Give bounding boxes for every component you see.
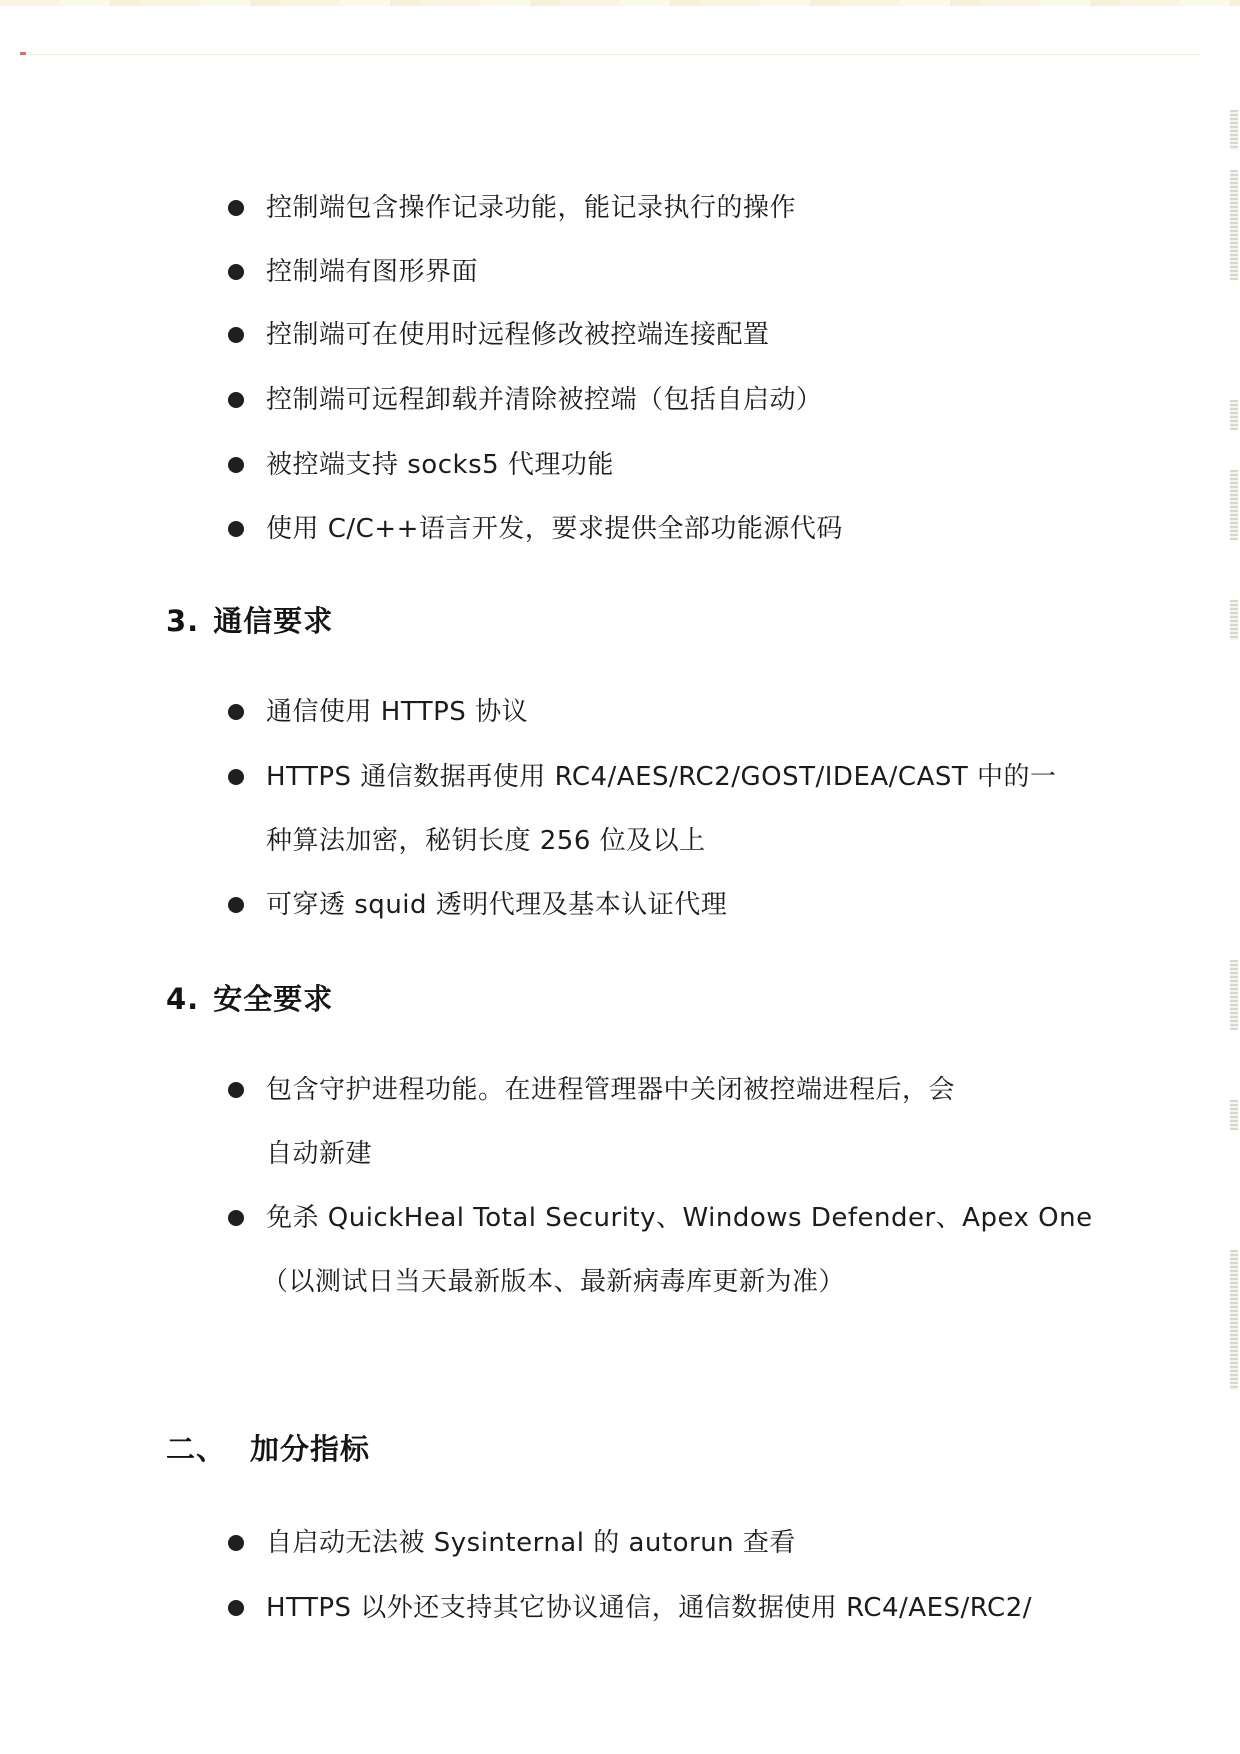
bullet-icon: [228, 264, 244, 280]
list-item-continuation: 自动新建: [266, 1139, 372, 1169]
list-item-text: 免杀 QuickHeal Total Security、Windows Defe…: [266, 1203, 1093, 1233]
list-item: 控制端可在使用时远程修改被控端连接配置: [228, 320, 770, 350]
list-item: 可穿透 squid 透明代理及基本认证代理: [228, 890, 727, 920]
section-heading-bonus: 二、加分指标: [166, 1432, 370, 1466]
list-item-text: 被控端支持 socks5 代理功能: [266, 450, 614, 480]
section-title: 加分指标: [250, 1432, 370, 1466]
list-item-text: 控制端可在使用时远程修改被控端连接配置: [266, 320, 770, 350]
bullet-icon: [228, 1535, 244, 1551]
list-item-text: 控制端有图形界面: [266, 257, 478, 287]
bullet-icon: [228, 521, 244, 537]
list-item-continuation: 种算法加密，秘钥长度 256 位及以上: [266, 826, 706, 856]
list-item: HTTPS 通信数据再使用 RC4/AES/RC2/GOST/IDEA/CAST…: [228, 762, 1057, 792]
bullet-icon: [228, 769, 244, 785]
list-item: 使用 C/C++语言开发，要求提供全部功能源代码: [228, 514, 843, 544]
list-item-text: 自启动无法被 Sysinternal 的 autorun 查看: [266, 1528, 796, 1558]
section-title: 安全要求: [213, 982, 333, 1016]
list-item-text: 使用 C/C++语言开发，要求提供全部功能源代码: [266, 514, 843, 544]
section-heading-security: 4.安全要求: [166, 982, 333, 1016]
list-item: 被控端支持 socks5 代理功能: [228, 450, 614, 480]
list-item-text: HTTPS 以外还支持其它协议通信，通信数据使用 RC4/AES/RC2/: [266, 1593, 1032, 1623]
list-item-text: 控制端包含操作记录功能，能记录执行的操作: [266, 193, 796, 223]
list-item: 控制端有图形界面: [228, 257, 478, 287]
bullet-icon: [228, 897, 244, 913]
scan-artifact-right-edge: [1226, 100, 1240, 1580]
list-item: 控制端可远程卸载并清除被控端（包括自启动）: [228, 385, 823, 415]
list-item-text: 可穿透 squid 透明代理及基本认证代理: [266, 890, 727, 920]
scan-artifact-line: [30, 54, 1200, 55]
list-item: 包含守护进程功能。在进程管理器中关闭被控端进程后，会: [228, 1075, 955, 1105]
bullet-icon: [228, 1210, 244, 1226]
list-item-text: HTTPS 通信数据再使用 RC4/AES/RC2/GOST/IDEA/CAST…: [266, 762, 1057, 792]
list-item: 自启动无法被 Sysinternal 的 autorun 查看: [228, 1528, 796, 1558]
scan-artifact-mark: [20, 52, 26, 55]
bullet-icon: [228, 200, 244, 216]
bullet-icon: [228, 327, 244, 343]
list-item: 通信使用 HTTPS 协议: [228, 697, 528, 727]
list-item-text: 通信使用 HTTPS 协议: [266, 697, 528, 727]
bullet-icon: [228, 1600, 244, 1616]
list-item: 免杀 QuickHeal Total Security、Windows Defe…: [228, 1203, 1093, 1233]
section-heading-communication: 3.通信要求: [166, 604, 333, 638]
bullet-icon: [228, 704, 244, 720]
scan-artifact-top: [0, 0, 1240, 6]
bullet-icon: [228, 392, 244, 408]
section-number: 二、: [166, 1432, 226, 1466]
section-number: 3.: [166, 604, 199, 638]
section-title: 通信要求: [213, 604, 333, 638]
list-item-text: 控制端可远程卸载并清除被控端（包括自启动）: [266, 385, 823, 415]
list-item-text: 包含守护进程功能。在进程管理器中关闭被控端进程后，会: [266, 1075, 955, 1105]
bullet-icon: [228, 457, 244, 473]
list-item-continuation: （以测试日当天最新版本、最新病毒库更新为准）: [262, 1267, 845, 1297]
list-item: HTTPS 以外还支持其它协议通信，通信数据使用 RC4/AES/RC2/: [228, 1593, 1032, 1623]
list-item: 控制端包含操作记录功能，能记录执行的操作: [228, 193, 796, 223]
section-number: 4.: [166, 982, 199, 1016]
bullet-icon: [228, 1082, 244, 1098]
